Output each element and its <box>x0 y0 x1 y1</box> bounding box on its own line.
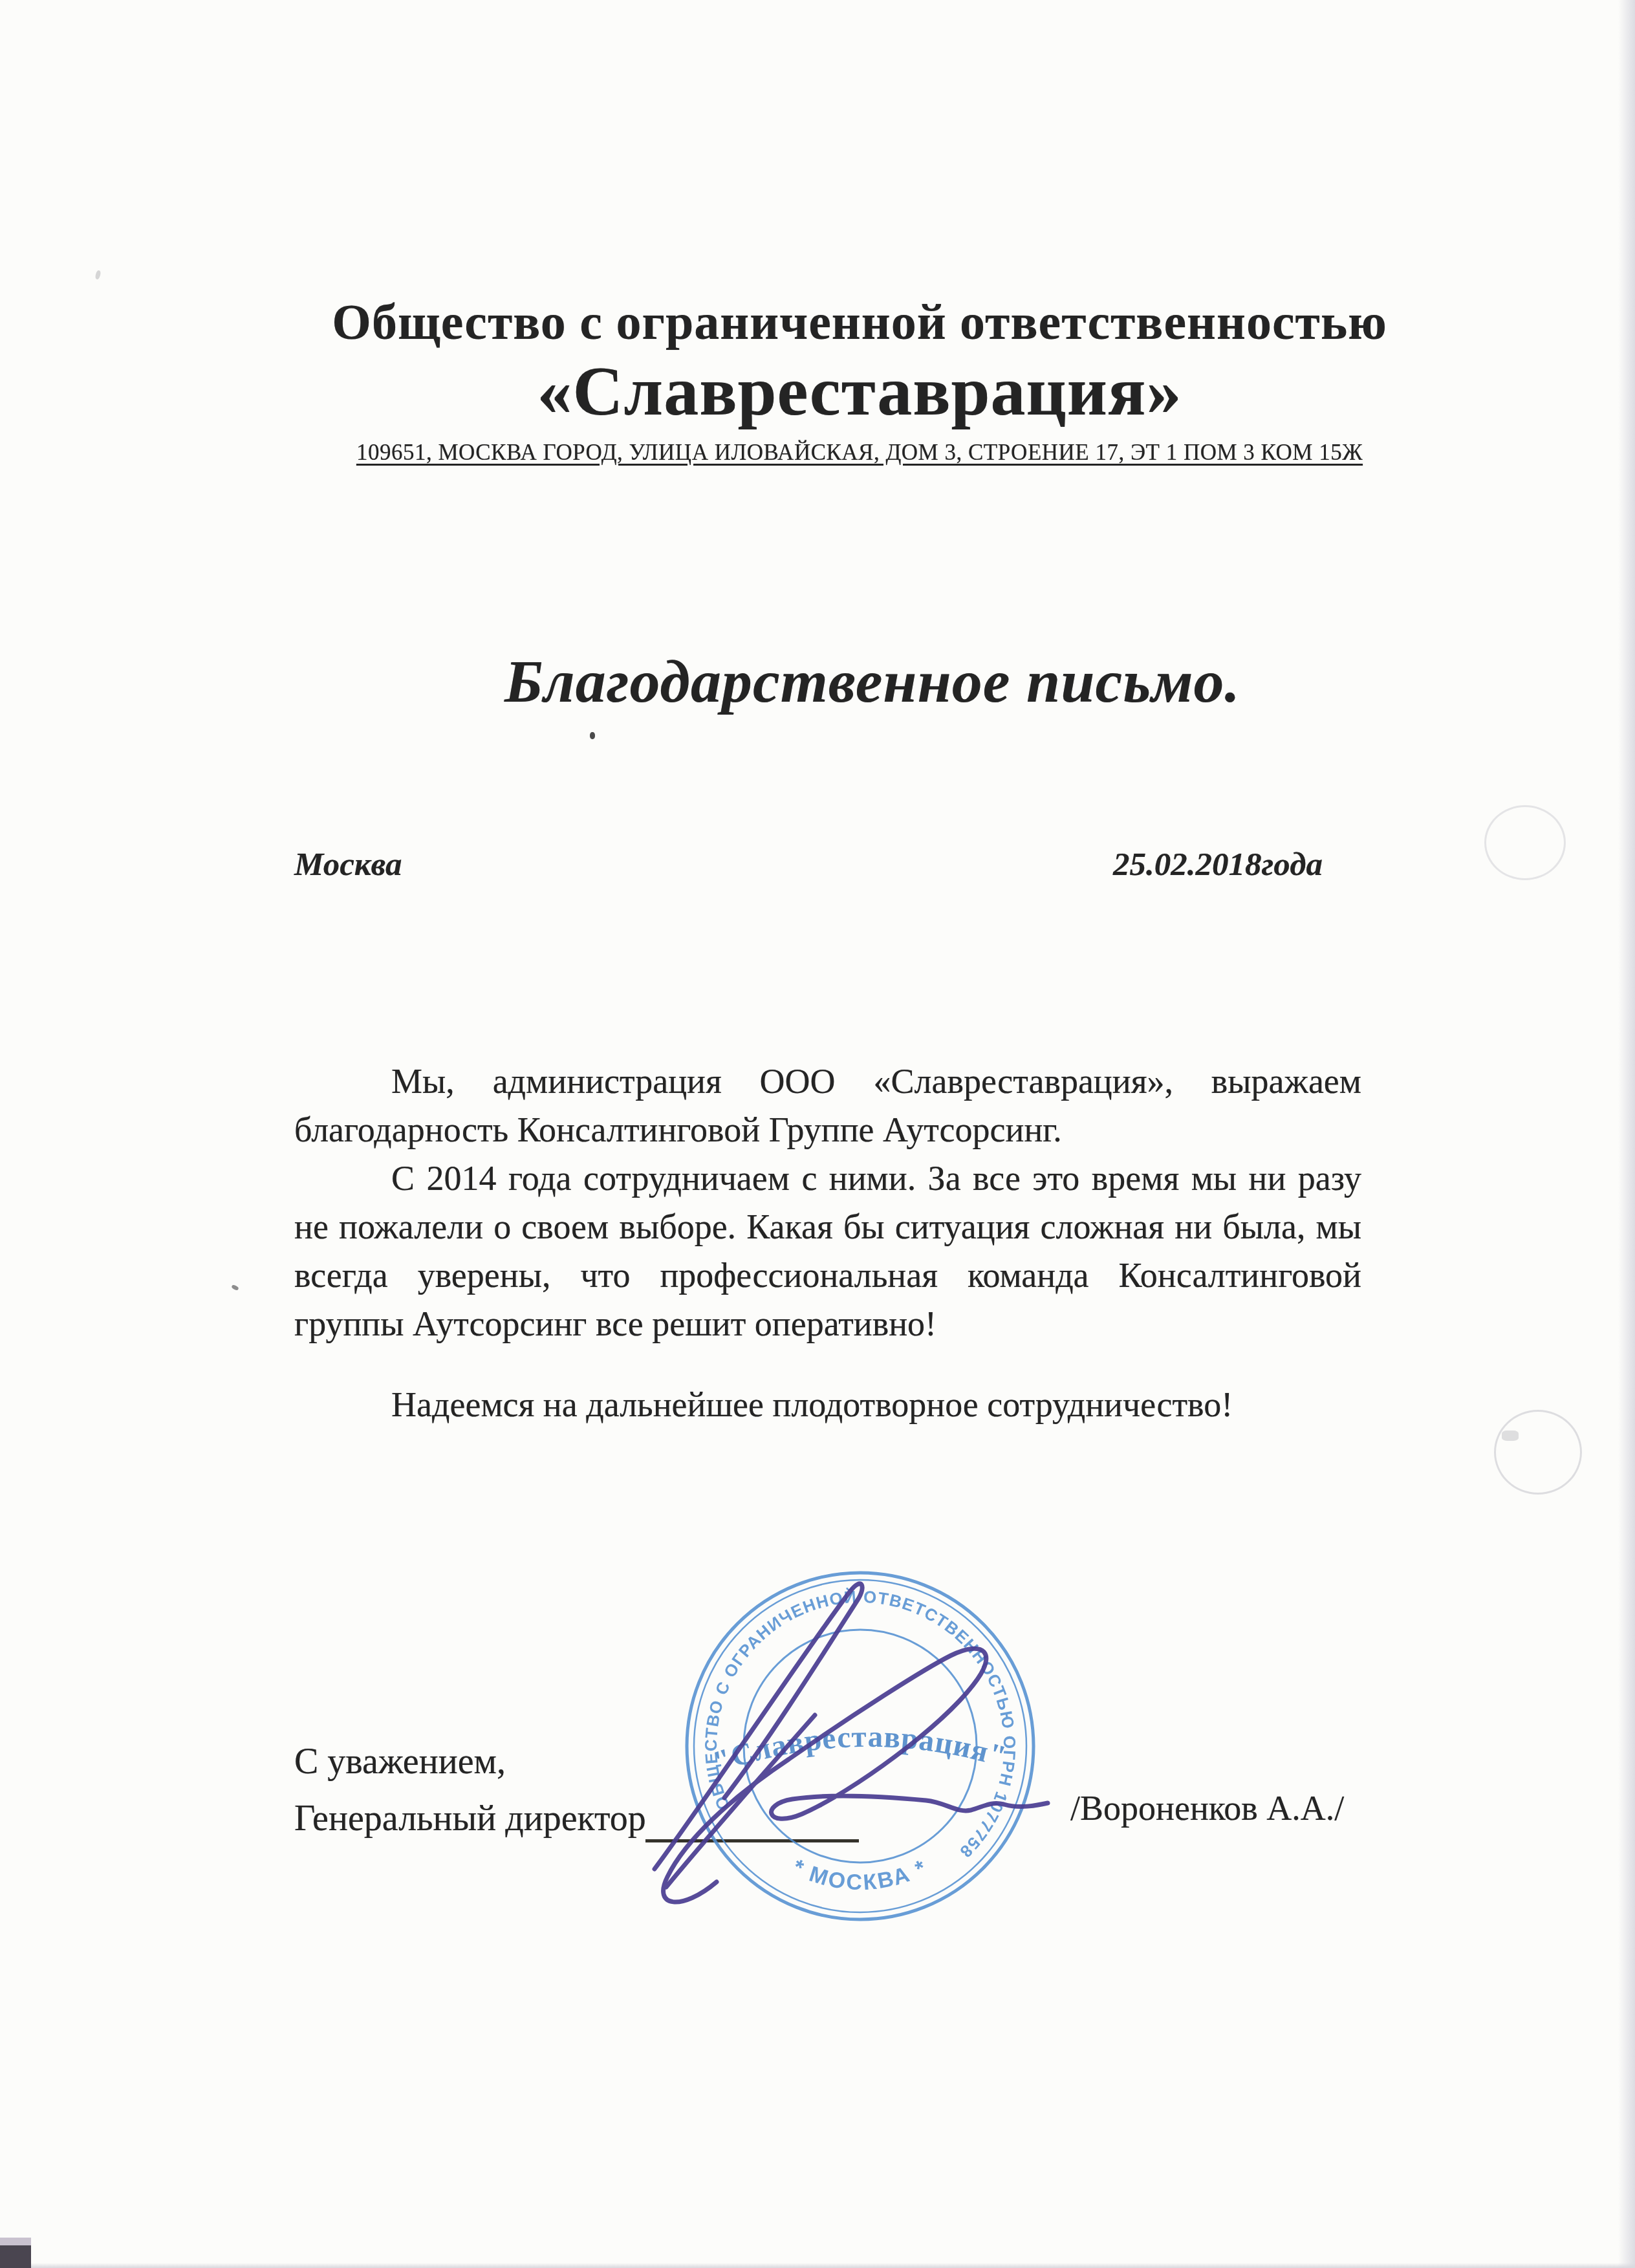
scan-speck-4 <box>1502 1431 1519 1441</box>
paragraph-gratitude: Мы, администрация ООО «Славреставрация»,… <box>294 1057 1361 1154</box>
scan-corner-mark-light <box>0 2238 31 2245</box>
signature-stroke-flourish <box>655 1584 862 1869</box>
director-signature <box>621 1546 1087 1908</box>
paragraph-history: С 2014 года сотрудничаем с ними. За все … <box>294 1154 1361 1348</box>
scan-speck-3 <box>94 270 101 279</box>
scanned-letter-page: Общество с ограниченной ответственностью… <box>0 0 1635 2268</box>
city-label: Москва <box>294 846 402 883</box>
scan-corner-mark <box>0 2245 31 2268</box>
org-type-line: Общество с ограниченной ответственностью <box>42 294 1635 350</box>
scan-speck-1 <box>590 732 595 739</box>
letter-title: Благодарственное письмо. <box>55 647 1635 717</box>
letterhead: Общество с ограниченной ответственностью… <box>42 294 1635 466</box>
scan-ghost-circle-2 <box>1494 1410 1582 1495</box>
scan-speck-2 <box>231 1284 239 1291</box>
scan-ghost-circle-1 <box>1484 805 1566 880</box>
letter-body: Мы, администрация ООО «Славреставрация»,… <box>294 1057 1361 1429</box>
meta-row: Москва 25.02.2018года <box>294 846 1323 883</box>
org-address-line: 109651, МОСКВА ГОРОД, УЛИЦА ИЛОВАЙСКАЯ, … <box>42 440 1635 466</box>
paragraph-hope: Надеемся на дальнейшее плодотворное сотр… <box>294 1381 1361 1429</box>
signature-strokes <box>655 1584 1048 1902</box>
signature-name: /Вороненков А.А./ <box>1070 1788 1344 1828</box>
org-name-line: «Славреставрация» <box>42 354 1635 431</box>
scan-edge-bottom <box>0 2263 1635 2268</box>
scan-edge-right <box>1618 0 1635 2268</box>
date-label: 25.02.2018года <box>1113 846 1323 883</box>
